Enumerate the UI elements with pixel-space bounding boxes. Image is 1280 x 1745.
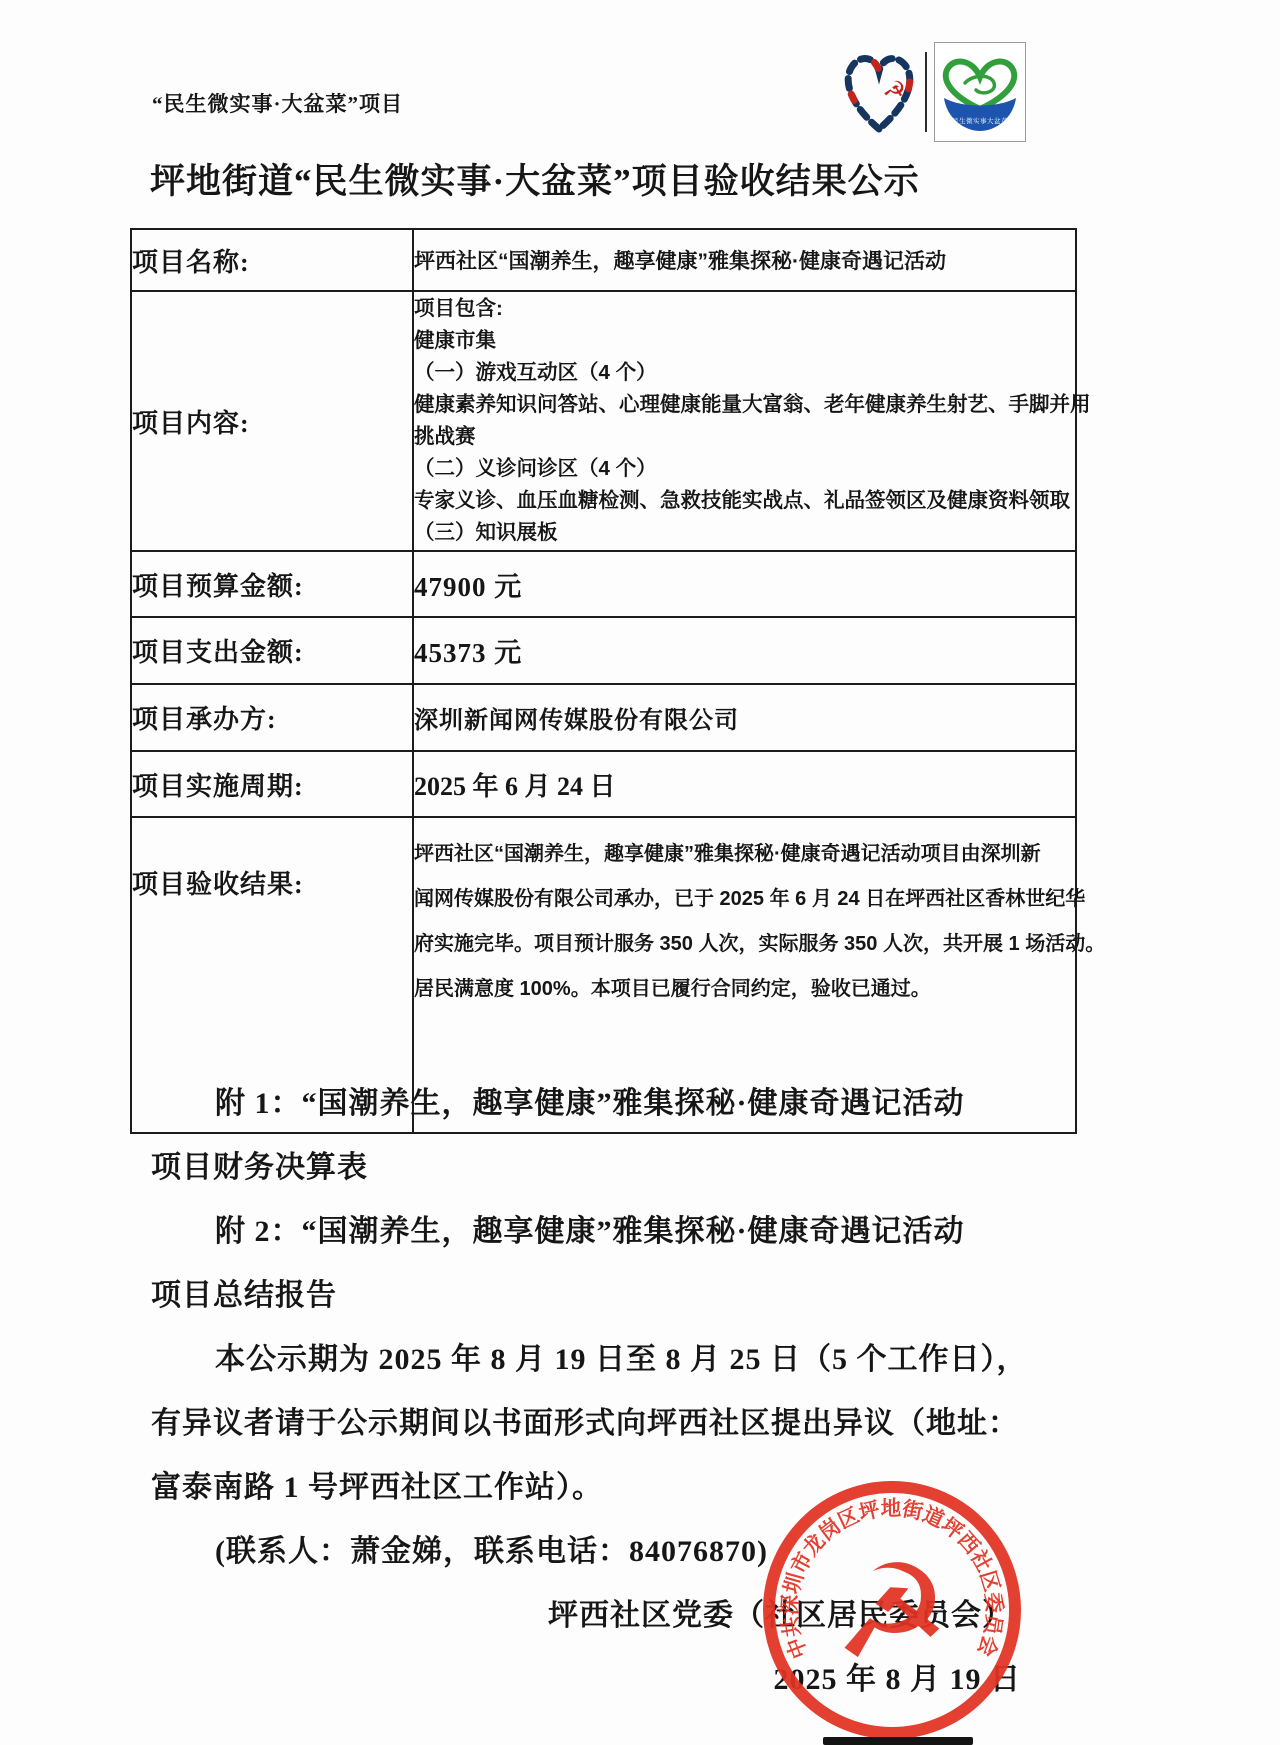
- value-line: 45373 元: [414, 631, 1075, 670]
- attachment-2-line-1: 附 2：“国潮养生，趣享健康”雅集探秘·健康奇遇记活动: [151, 1200, 1077, 1264]
- row-label: 项目名称:: [131, 229, 413, 291]
- row-label: 项目承办方:: [131, 684, 413, 751]
- row-label: 项目内容:: [131, 291, 413, 551]
- table-row-budget-amount: 项目预算金额: 47900 元: [131, 551, 1076, 617]
- hammer-sickle-icon: ☭: [834, 1536, 951, 1688]
- value-line: 坪西社区“国潮养生，趣享健康”雅集探秘·健康奇遇记活动项目由深圳新: [414, 832, 1075, 877]
- row-value: 项目包含: 健康市集 （一）游戏互动区（4 个） 健康素养知识问答站、心理健康能…: [413, 291, 1076, 551]
- page-title: 坪地街道“民生微实事·大盆菜”项目验收结果公示: [150, 154, 920, 204]
- table-row-implementation-period: 项目实施周期: 2025 年 6 月 24 日: [131, 751, 1076, 817]
- row-value: 47900 元: [413, 551, 1076, 617]
- scan-artifact-bar: [823, 1737, 973, 1745]
- dapencai-bowl-logo-icon: 民生微实事大盆菜: [938, 45, 1022, 133]
- value-line: 47900 元: [414, 565, 1075, 604]
- value-line: （一）游戏互动区（4 个）: [414, 357, 1075, 389]
- notice-period-line-2: 有异议者请于公示期间以书面形式向坪西社区提出异议（地址：: [151, 1392, 1077, 1456]
- value-line: （二）义诊问诊区（4 个）: [414, 453, 1075, 485]
- attachment-1-line-1: 附 1：“国潮养生，趣享健康”雅集探秘·健康奇遇记活动: [151, 1072, 1077, 1136]
- dapencai-logo-box: 民生微实事大盆菜: [934, 42, 1026, 142]
- document-page: “民生微实事·大盆菜”项目 ☭ 民生微实事大盆菜 坪地街道“民生微实事·大盆菜”…: [0, 0, 1280, 1745]
- row-value: 45373 元: [413, 617, 1076, 684]
- project-info-table: 项目名称: 坪西社区“国潮养生，趣享健康”雅集探秘·健康奇遇记活动 项目内容: …: [130, 228, 1077, 1134]
- row-label: 项目预算金额:: [131, 551, 413, 617]
- value-line: 挑战赛: [414, 421, 1075, 453]
- notice-period-line-1: 本公示期为 2025 年 8 月 19 日至 8 月 25 日（5 个工作日），: [151, 1328, 1077, 1392]
- value-line: 坪西社区“国潮养生，趣享健康”雅集探秘·健康奇遇记活动: [414, 245, 1075, 275]
- value-line: 项目包含:: [414, 293, 1075, 325]
- header-label: “民生微实事·大盆菜”项目: [152, 88, 403, 118]
- value-line: 居民满意度 100%。本项目已履行合同约定，验收已通过。: [414, 967, 1075, 1012]
- header-logos: ☭ 民生微实事大盆菜: [840, 42, 1026, 142]
- party-heart-logo-icon: ☭: [840, 45, 918, 139]
- table-row-expense-amount: 项目支出金额: 45373 元: [131, 617, 1076, 684]
- row-label: 项目支出金额:: [131, 617, 413, 684]
- official-seal: 中共深圳市龙岗区坪地街道坪西社区委员会 ☭: [756, 1474, 1028, 1745]
- row-value: 坪西社区“国潮养生，趣享健康”雅集探秘·健康奇遇记活动: [413, 229, 1076, 291]
- value-line: 专家义诊、血压血糖检测、急救技能实战点、礼品签领区及健康资料领取: [414, 485, 1075, 517]
- value-line: 府实施完毕。项目预计服务 350 人次，实际服务 350 人次，共开展 1 场活…: [414, 922, 1075, 967]
- value-line: 深圳新闻网传媒股份有限公司: [414, 700, 1075, 735]
- table-row-project-content: 项目内容: 项目包含: 健康市集 （一）游戏互动区（4 个） 健康素养知识问答站…: [131, 291, 1076, 551]
- value-line: （三）知识展板: [414, 517, 1075, 549]
- row-label: 项目实施周期:: [131, 751, 413, 817]
- table-row-undertaker: 项目承办方: 深圳新闻网传媒股份有限公司: [131, 684, 1076, 751]
- value-line: 健康市集: [414, 325, 1075, 357]
- value-line: 2025 年 6 月 24 日: [414, 766, 1075, 803]
- dapencai-logo-caption: 民生微实事大盆菜: [952, 116, 1008, 125]
- value-line: 健康素养知识问答站、心理健康能量大富翁、老年健康养生射艺、手脚并用: [414, 389, 1075, 421]
- logo-divider: [925, 52, 927, 132]
- attachment-2-line-2: 项目总结报告: [151, 1264, 1077, 1328]
- row-value: 深圳新闻网传媒股份有限公司: [413, 684, 1076, 751]
- table-row-project-name: 项目名称: 坪西社区“国潮养生，趣享健康”雅集探秘·健康奇遇记活动: [131, 229, 1076, 291]
- value-line: 闻网传媒股份有限公司承办，已于 2025 年 6 月 24 日在坪西社区香林世纪…: [414, 877, 1075, 922]
- row-value: 2025 年 6 月 24 日: [413, 751, 1076, 817]
- attachment-1-line-2: 项目财务决算表: [151, 1136, 1077, 1200]
